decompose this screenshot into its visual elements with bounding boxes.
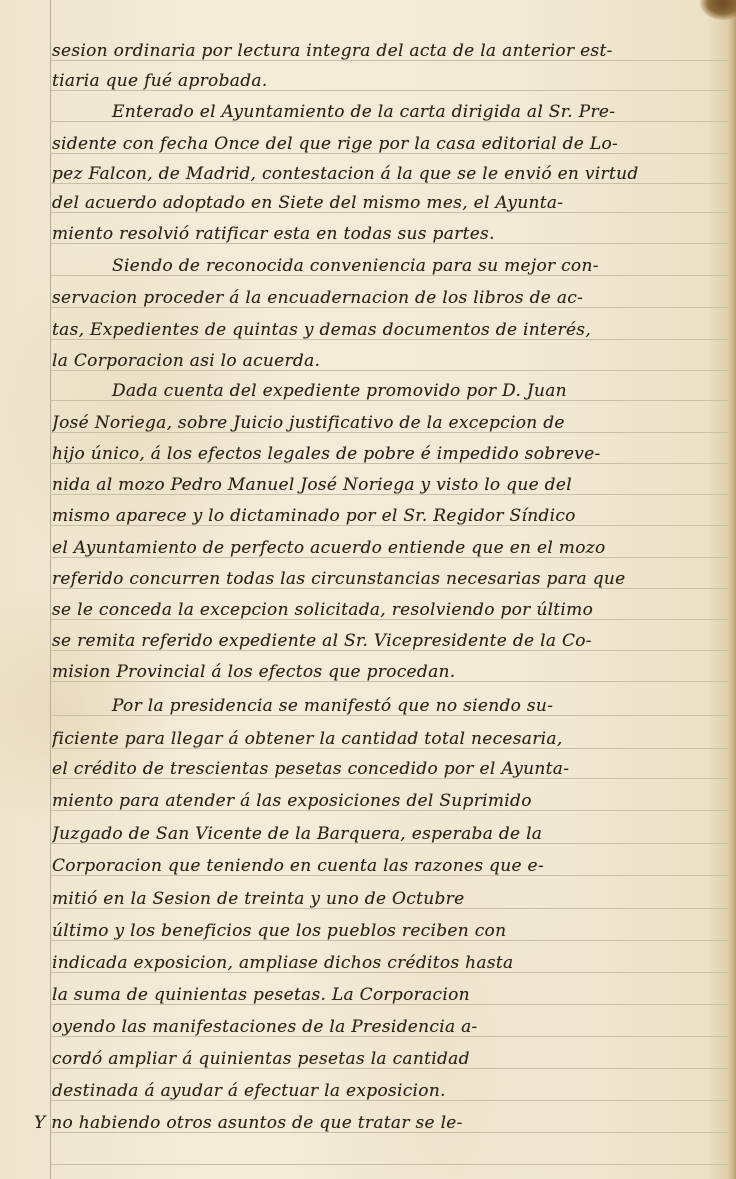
text-line: sidente con fecha Once del que rige por … [52, 129, 720, 160]
text-line: nida al mozo Pedro Manuel José Noriega y… [52, 470, 720, 501]
text-line: miento para atender á las exposiciones d… [52, 786, 720, 817]
text-line: indicada exposicion, ampliase dichos cré… [52, 948, 720, 979]
text-line: mitió en la Sesion de treinta y uno de O… [52, 884, 720, 915]
text-line: tiaria que fué aprobada. [52, 66, 720, 97]
text-line: la Corporacion asi lo acuerda. [52, 346, 720, 377]
text-line: el crédito de trescientas pesetas conced… [52, 754, 720, 785]
text-line: la suma de quinientas pesetas. La Corpor… [52, 980, 720, 1011]
manuscript-text: sesion ordinaria por lectura integra del… [0, 0, 736, 1179]
text-line: el Ayuntamiento de perfecto acuerdo enti… [52, 533, 720, 564]
text-line: del acuerdo adoptado en Siete del mismo … [52, 188, 720, 219]
manuscript-page: sesion ordinaria por lectura integra del… [0, 0, 736, 1179]
text-line: mision Provincial á los efectos que proc… [52, 657, 720, 688]
text-line: se remita referido expediente al Sr. Vic… [52, 626, 720, 657]
text-line: referido concurren todas las circunstanc… [52, 564, 720, 595]
text-line: tas, Expedientes de quintas y demas docu… [52, 315, 720, 346]
text-line: José Noriega, sobre Juicio justificativo… [52, 408, 720, 439]
text-line: sesion ordinaria por lectura integra del… [52, 36, 720, 67]
text-line: Y no habiendo otros asuntos de que trata… [34, 1108, 720, 1139]
text-line: se le conceda la excepcion solicitada, r… [52, 595, 720, 626]
text-line: Por la presidencia se manifestó que no s… [52, 691, 720, 722]
text-line: miento resolvió ratificar esta en todas … [52, 219, 720, 250]
text-line: último y los beneficios que los pueblos … [52, 916, 720, 947]
text-line: Dada cuenta del expediente promovido por… [52, 376, 720, 407]
text-line: mismo aparece y lo dictaminado por el Sr… [52, 501, 720, 532]
text-line: Juzgado de San Vicente de la Barquera, e… [52, 819, 720, 850]
text-line: servacion proceder á la encuadernacion d… [52, 283, 720, 314]
text-line: Enterado el Ayuntamiento de la carta dir… [52, 97, 720, 128]
text-line: pez Falcon, de Madrid, contestacion á la… [52, 159, 720, 190]
text-line: Siendo de reconocida conveniencia para s… [52, 251, 720, 282]
text-line: destinada á ayudar á efectuar la exposic… [52, 1076, 720, 1107]
text-line: hijo único, á los efectos legales de pob… [52, 439, 720, 470]
text-line: ficiente para llegar á obtener la cantid… [52, 724, 720, 755]
text-line: Corporacion que teniendo en cuenta las r… [52, 851, 720, 882]
text-line: oyendo las manifestaciones de la Preside… [52, 1012, 720, 1043]
text-line: cordó ampliar á quinientas pesetas la ca… [52, 1044, 720, 1075]
